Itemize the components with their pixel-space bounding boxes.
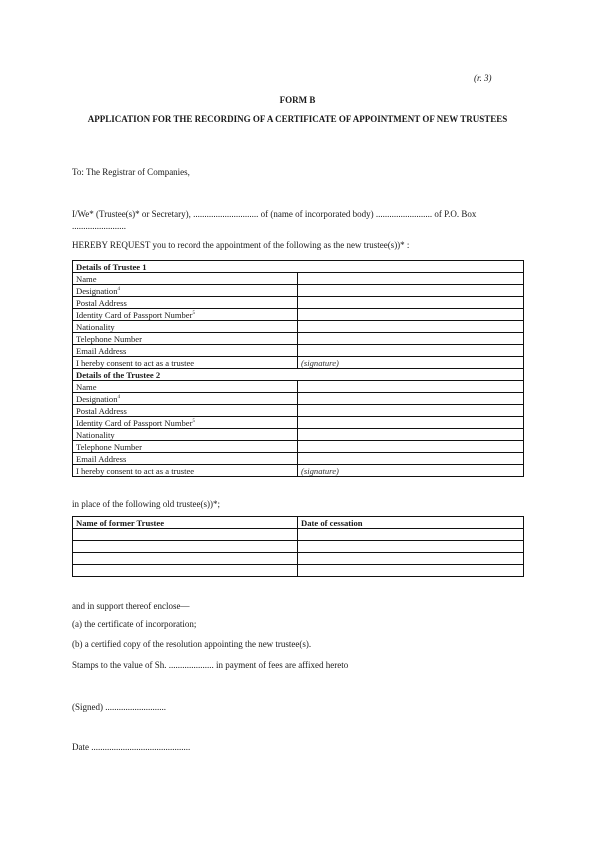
signature-field[interactable]: (signature): [298, 357, 524, 369]
date-line[interactable]: Date ...................................…: [72, 741, 190, 753]
column-header-former-trustee: Name of former Trustee: [73, 517, 298, 529]
field-label: I hereby consent to act as a trustee: [73, 465, 298, 477]
request-text: HEREBY REQUEST you to record the appoint…: [72, 239, 409, 251]
signature-field[interactable]: (signature): [298, 465, 524, 477]
date-of-cessation-cell[interactable]: [298, 541, 524, 553]
field-label: Designation4: [73, 393, 298, 405]
field-label: Identity Card of Passport Number5: [73, 309, 298, 321]
field-label-text: Email Address: [76, 454, 126, 464]
table-row: Nationality: [73, 321, 524, 333]
table-row: I hereby consent to act as a trustee(sig…: [73, 465, 524, 477]
table-row: Postal Address: [73, 405, 524, 417]
field-label-text: Name: [76, 382, 97, 392]
trustee-section-header: Details of the Trustee 2: [73, 369, 524, 381]
stamps-text[interactable]: Stamps to the value of Sh. .............…: [72, 659, 348, 671]
form-title: FORM B: [0, 95, 595, 105]
former-trustee-name-cell[interactable]: [73, 529, 298, 541]
enclosure-item: (a) the certificate of incorporation;: [72, 618, 196, 630]
field-label: I hereby consent to act as a trustee: [73, 357, 298, 369]
table-row: [73, 565, 524, 577]
field-label-text: Designation: [76, 394, 118, 404]
table-row: Email Address: [73, 345, 524, 357]
field-label: Identity Card of Passport Number5: [73, 417, 298, 429]
field-label-text: Identity Card of Passport Number: [76, 418, 192, 428]
field-value[interactable]: [298, 405, 524, 417]
column-header-date-of-cessation: Date of cessation: [298, 517, 524, 529]
enclosure-item: (b) a certified copy of the resolution a…: [72, 638, 311, 650]
field-label-text: Telephone Number: [76, 334, 142, 344]
field-value[interactable]: [298, 273, 524, 285]
old-trustees-intro: in place of the following old trustee(s)…: [72, 498, 220, 510]
table-row: Telephone Number: [73, 441, 524, 453]
addressee: To: The Registrar of Companies,: [72, 166, 190, 178]
field-value[interactable]: [298, 285, 524, 297]
field-label-text: Nationality: [76, 322, 115, 332]
date-of-cessation-cell[interactable]: [298, 565, 524, 577]
old-trustees-table: Name of former TrusteeDate of cessation: [72, 516, 524, 577]
table-row: Email Address: [73, 453, 524, 465]
field-label-text: Email Address: [76, 346, 126, 356]
declaration-text: I/We* (Trustee(s)* or Secretary), ......…: [72, 208, 524, 232]
field-label: Name: [73, 381, 298, 393]
field-label-text: Designation: [76, 286, 118, 296]
field-value[interactable]: [298, 417, 524, 429]
table-row: [73, 553, 524, 565]
field-label: Name: [73, 273, 298, 285]
field-label-text: Telephone Number: [76, 442, 142, 452]
table-row: Telephone Number: [73, 333, 524, 345]
footnote-marker: 4: [118, 287, 121, 292]
table-row: Postal Address: [73, 297, 524, 309]
field-label: Telephone Number: [73, 441, 298, 453]
footnote-marker: 4: [118, 395, 121, 400]
date-of-cessation-cell[interactable]: [298, 553, 524, 565]
date-of-cessation-cell[interactable]: [298, 529, 524, 541]
table-row: Designation4: [73, 393, 524, 405]
table-row: Name: [73, 273, 524, 285]
field-label-text: Name: [76, 274, 97, 284]
field-label: Nationality: [73, 429, 298, 441]
application-title: APPLICATION FOR THE RECORDING OF A CERTI…: [72, 113, 523, 125]
field-value[interactable]: [298, 297, 524, 309]
field-label: Postal Address: [73, 297, 298, 309]
field-label-text: Postal Address: [76, 406, 127, 416]
field-label: Email Address: [73, 345, 298, 357]
rule-reference: (r. 3): [474, 73, 492, 83]
table-row: [73, 529, 524, 541]
table-row: Identity Card of Passport Number5: [73, 309, 524, 321]
field-label: Email Address: [73, 453, 298, 465]
field-label-text: Postal Address: [76, 298, 127, 308]
field-value[interactable]: [298, 441, 524, 453]
former-trustee-name-cell[interactable]: [73, 565, 298, 577]
trustee-section-header: Details of Trustee 1: [73, 261, 524, 273]
table-row: Identity Card of Passport Number5: [73, 417, 524, 429]
former-trustee-name-cell[interactable]: [73, 541, 298, 553]
field-value[interactable]: [298, 321, 524, 333]
signed-line[interactable]: (Signed) ...........................: [72, 701, 166, 713]
table-row: Name: [73, 381, 524, 393]
trustee-section-title: Details of the Trustee 2: [73, 369, 524, 381]
field-label-text: I hereby consent to act as a trustee: [76, 466, 194, 476]
field-value[interactable]: [298, 453, 524, 465]
field-label: Nationality: [73, 321, 298, 333]
table-header-row: Name of former TrusteeDate of cessation: [73, 517, 524, 529]
footnote-marker: 5: [192, 419, 195, 424]
field-label-text: Nationality: [76, 430, 115, 440]
enclosures-intro: and in support thereof enclose—: [72, 600, 189, 612]
table-row: Designation4: [73, 285, 524, 297]
field-label-text: Identity Card of Passport Number: [76, 310, 192, 320]
former-trustee-name-cell[interactable]: [73, 553, 298, 565]
field-value[interactable]: [298, 345, 524, 357]
field-value[interactable]: [298, 333, 524, 345]
footnote-marker: 5: [192, 311, 195, 316]
table-row: [73, 541, 524, 553]
field-value[interactable]: [298, 393, 524, 405]
field-label-text: I hereby consent to act as a trustee: [76, 358, 194, 368]
field-label: Designation4: [73, 285, 298, 297]
table-row: I hereby consent to act as a trustee(sig…: [73, 357, 524, 369]
field-label: Telephone Number: [73, 333, 298, 345]
field-label: Postal Address: [73, 405, 298, 417]
field-value[interactable]: [298, 429, 524, 441]
field-value[interactable]: [298, 381, 524, 393]
field-value[interactable]: [298, 309, 524, 321]
new-trustees-table: Details of Trustee 1NameDesignation4Post…: [72, 260, 524, 477]
trustee-section-title: Details of Trustee 1: [73, 261, 524, 273]
table-row: Nationality: [73, 429, 524, 441]
